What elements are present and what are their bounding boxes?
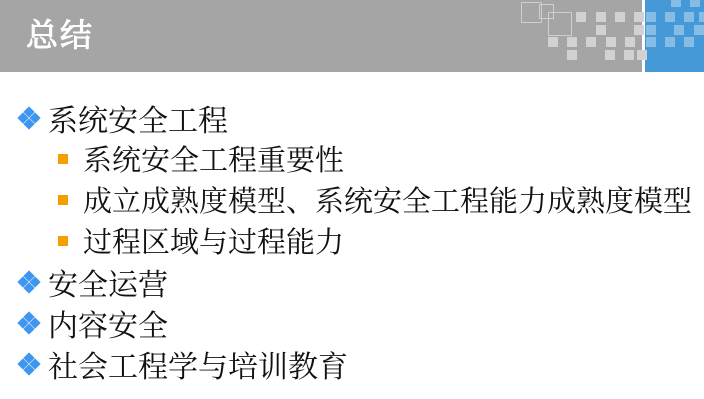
- bullet-item-level1: 安全运营: [0, 261, 704, 302]
- bullet-item-level2: 系统安全工程重要性: [0, 138, 704, 179]
- decor-gray-square: [567, 50, 577, 60]
- decor-gray-square: [596, 25, 606, 35]
- diamond-bullet-icon: [18, 271, 40, 293]
- decor-gray-square: [637, 50, 647, 60]
- decor-blue-square: [665, 37, 675, 47]
- bullet-item-level1: 系统安全工程: [0, 97, 704, 138]
- decor-gray-square: [606, 37, 616, 47]
- square-bullet-icon: [58, 154, 68, 164]
- slide-title: 总结: [26, 10, 94, 56]
- decor-blue-square: [646, 25, 656, 35]
- slide: 总结 系统安全工程系统安全工程重要性成立成熟度模型、系统安全工程能力成熟度模型过…: [0, 0, 704, 399]
- decor-gray-square: [576, 12, 586, 22]
- bullet-item-level2: 过程区域与过程能力: [0, 220, 704, 261]
- slide-header: 总结: [0, 0, 704, 72]
- decor-gray-square: [634, 12, 644, 22]
- decor-blue-square: [690, 0, 700, 7]
- decor-gray-square: [605, 50, 615, 60]
- bullet-list: 系统安全工程系统安全工程重要性成立成熟度模型、系统安全工程能力成熟度模型过程区域…: [0, 97, 704, 384]
- decor-gray-square: [625, 37, 635, 47]
- bullet-text: 系统安全工程重要性: [83, 138, 344, 179]
- decor-blue-square: [684, 12, 694, 22]
- bullet-item-level2: 成立成熟度模型、系统安全工程能力成熟度模型: [0, 179, 704, 220]
- bullet-text: 内容安全: [48, 301, 168, 345]
- decor-gray-square: [567, 37, 577, 47]
- decor-gray-square: [634, 25, 644, 35]
- diamond-bullet-icon: [18, 107, 40, 129]
- decor-gray-square: [624, 50, 634, 60]
- decor-blue-square: [699, 12, 704, 22]
- decor-gray-square: [586, 37, 596, 47]
- square-bullet-icon: [58, 236, 68, 246]
- bullet-text: 安全运营: [48, 260, 168, 304]
- bullet-item-level1: 社会工程学与培训教育: [0, 343, 704, 384]
- bullet-text: 社会工程学与培训教育: [48, 342, 348, 386]
- decor-gray-square: [596, 12, 606, 22]
- decor-blue-square: [665, 12, 675, 22]
- decor-gray-square: [615, 12, 625, 22]
- decor-blue-square: [694, 25, 704, 35]
- decor-gray-square: [548, 37, 558, 47]
- diamond-bullet-icon: [18, 312, 40, 334]
- decor-blue-square: [671, 0, 681, 7]
- bullet-text: 过程区域与过程能力: [83, 220, 344, 261]
- blue-accent-block: [645, 0, 704, 72]
- bullet-text: 系统安全工程: [48, 96, 228, 140]
- decor-blue-square: [646, 12, 656, 22]
- decor-blue-square: [646, 37, 656, 47]
- decor-blue-square: [684, 37, 694, 47]
- bullet-text: 成立成熟度模型、系统安全工程能力成熟度模型: [83, 179, 692, 220]
- diamond-bullet-icon: [18, 353, 40, 375]
- decor-outline-square: [548, 12, 572, 36]
- decor-blue-square: [674, 25, 684, 35]
- square-bullet-icon: [58, 195, 68, 205]
- bullet-item-level1: 内容安全: [0, 302, 704, 343]
